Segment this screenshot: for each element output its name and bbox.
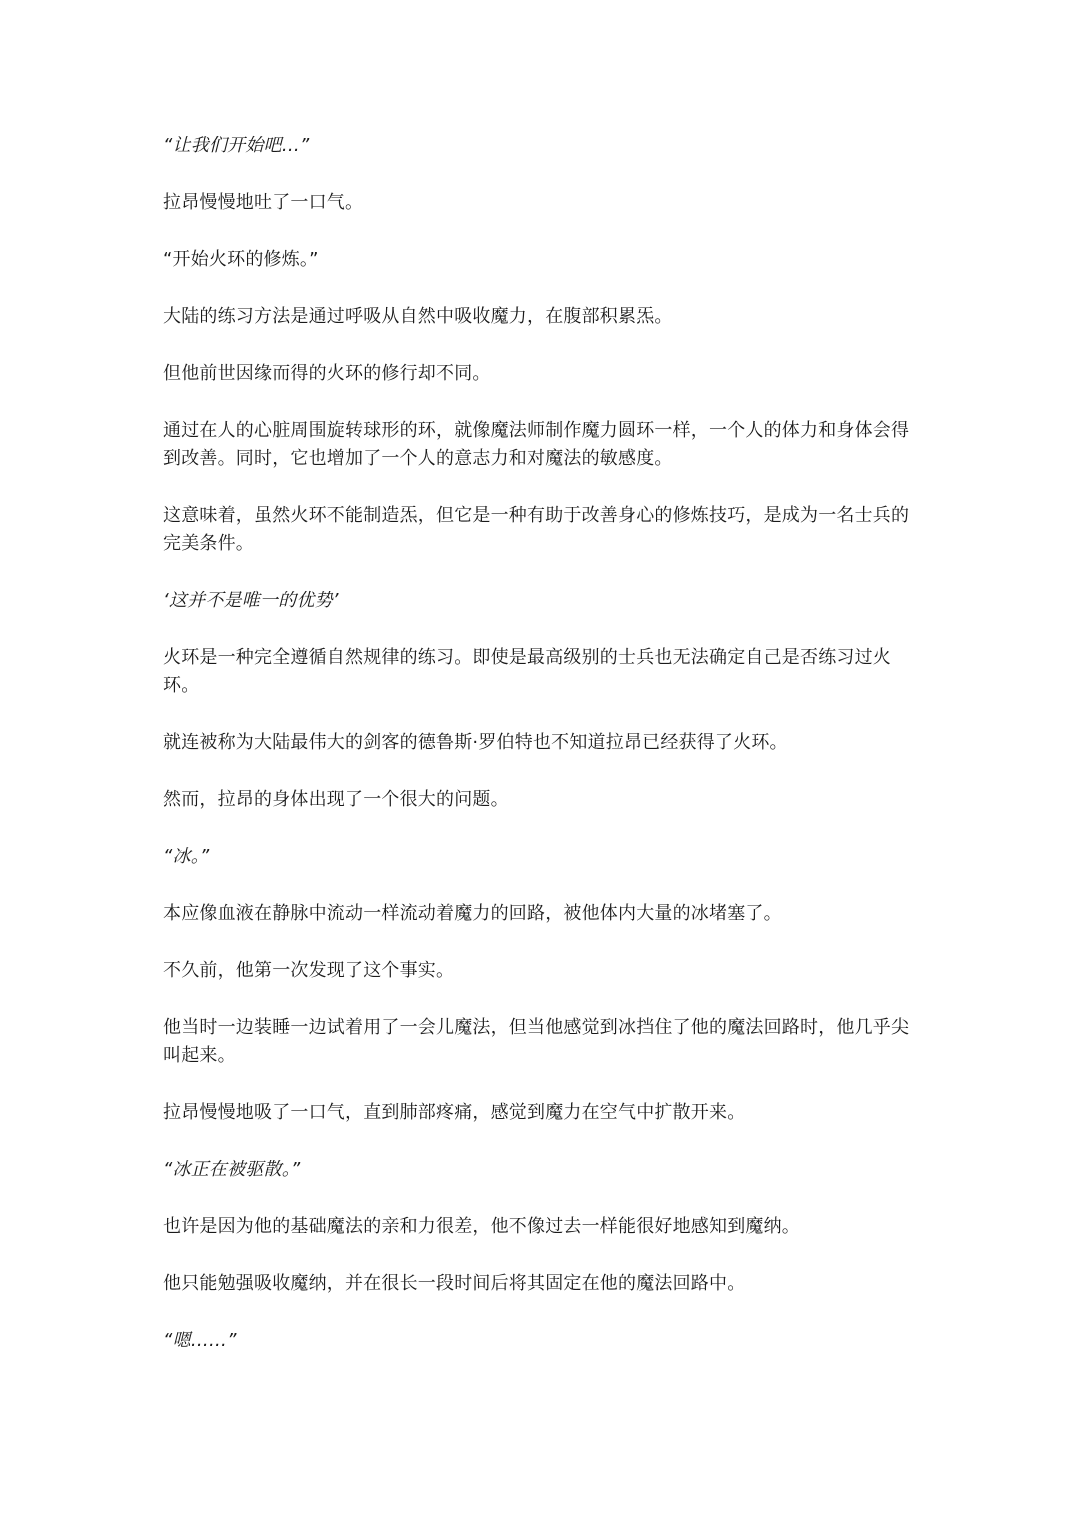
body-paragraph: 也许是因为他的基础魔法的亲和力很差，他不像过去一样能很好地感知到魔纳。 [163, 1213, 915, 1241]
body-paragraph: 但他前世因缘而得的火环的修行却不同。 [163, 360, 915, 388]
dialogue-paragraph: “冰。” [163, 843, 915, 871]
body-paragraph: 拉昂慢慢地吸了一口气，直到肺部疼痛，感觉到魔力在空气中扩散开来。 [163, 1099, 915, 1127]
dialogue-paragraph: “冰正在被驱散。” [163, 1156, 915, 1184]
body-paragraph: 拉昂慢慢地吐了一口气。 [163, 189, 915, 217]
body-paragraph: 他当时一边装睡一边试着用了一会儿魔法，但当他感觉到冰挡住了他的魔法回路时，他几乎… [163, 1014, 915, 1070]
body-paragraph: 他只能勉强吸收魔纳，并在很长一段时间后将其固定在他的魔法回路中。 [163, 1270, 915, 1298]
dialogue-paragraph: “开始火环的修炼。” [163, 246, 915, 274]
body-paragraph: 大陆的练习方法是通过呼吸从自然中吸收魔力，在腹部积累炁。 [163, 303, 915, 331]
body-paragraph: 不久前，他第一次发现了这个事实。 [163, 957, 915, 985]
document-page: “让我们开始吧…” 拉昂慢慢地吐了一口气。 “开始火环的修炼。” 大陆的练习方法… [163, 132, 915, 1384]
body-paragraph: 然而，拉昂的身体出现了一个很大的问题。 [163, 786, 915, 814]
body-paragraph: 这意味着，虽然火环不能制造炁，但它是一种有助于改善身心的修炼技巧，是成为一名士兵… [163, 502, 915, 558]
body-paragraph: 就连被称为大陆最伟大的剑客的德鲁斯·罗伯特也不知道拉昂已经获得了火环。 [163, 729, 915, 757]
dialogue-paragraph: “让我们开始吧…” [163, 132, 915, 160]
body-paragraph: 火环是一种完全遵循自然规律的练习。即使是最高级别的士兵也无法确定自己是否练习过火… [163, 644, 915, 700]
body-paragraph: 通过在人的心脏周围旋转球形的环，就像魔法师制作魔力圆环一样，一个人的体力和身体会… [163, 417, 915, 473]
dialogue-paragraph: “嗯……” [163, 1327, 915, 1355]
body-paragraph: 本应像血液在静脉中流动一样流动着魔力的回路，被他体内大量的冰堵塞了。 [163, 900, 915, 928]
thought-paragraph: ‘这并不是唯一的优势’ [163, 587, 915, 615]
